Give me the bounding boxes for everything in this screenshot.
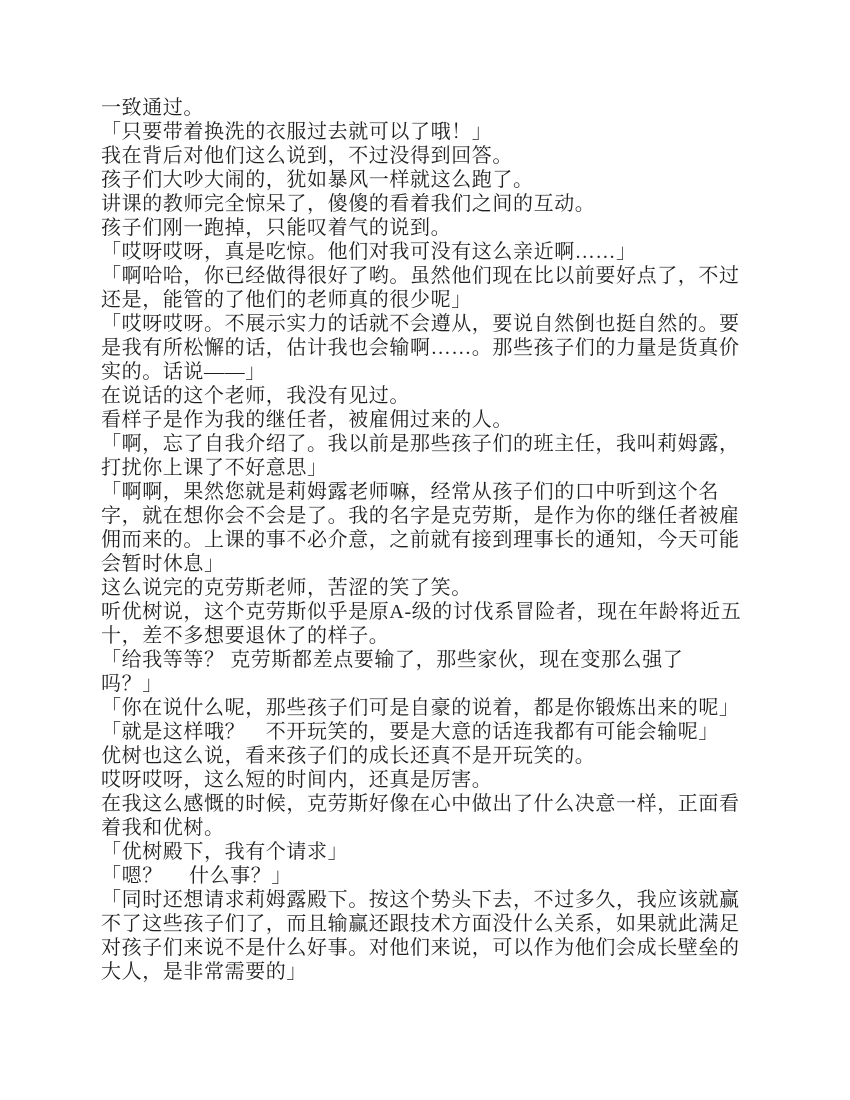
- body-text: 一致通过。「只要带着换洗的衣服过去就可以了哦！」我在背后对他们这么说到，不过没得…: [101, 96, 801, 984]
- text-line: 还是，能管的了他们的老师真的很少呢」: [101, 288, 801, 312]
- text-line: 孩子们大吵大闹的，犹如暴风一样就这么跑了。: [101, 168, 801, 192]
- document-page: 一致通过。「只要带着换洗的衣服过去就可以了哦！」我在背后对他们这么说到，不过没得…: [0, 0, 850, 1100]
- text-line: 我在背后对他们这么说到，不过没得到回答。: [101, 144, 801, 168]
- text-line: 「你在说什么呢，那些孩子们可是自豪的说着，都是你锻炼出来的呢」: [101, 696, 801, 720]
- text-line: 「给我等等？ 克劳斯都差点要输了，那些家伙，现在变那么强了: [101, 648, 801, 672]
- text-line: 这么说完的克劳斯老师，苦涩的笑了笑。: [101, 576, 801, 600]
- text-line: 着我和优树。: [101, 816, 801, 840]
- text-line: 看样子是作为我的继任者，被雇佣过来的人。: [101, 408, 801, 432]
- text-line: 讲课的教师完全惊呆了，傻傻的看着我们之间的互动。: [101, 192, 801, 216]
- text-line: 「优树殿下，我有个请求」: [101, 840, 801, 864]
- text-line: 大人，是非常需要的」: [101, 960, 801, 984]
- text-line: 一致通过。: [101, 96, 801, 120]
- text-line: 「同时还想请求莉姆露殿下。按这个势头下去，不过多久，我应该就赢: [101, 888, 801, 912]
- text-line: 「哎呀哎呀，真是吃惊。他们对我可没有这么亲近啊……」: [101, 240, 801, 264]
- text-line: 在我这么感慨的时候，克劳斯好像在心中做出了什么决意一样，正面看: [101, 792, 801, 816]
- text-line: 实的。话说——」: [101, 360, 801, 384]
- text-line: 「哎呀哎呀。不展示实力的话就不会遵从，要说自然倒也挺自然的。要: [101, 312, 801, 336]
- text-line: 听优树说，这个克劳斯似乎是原A-级的讨伐系冒险者，现在年龄将近五: [101, 600, 801, 624]
- text-line: 字，就在想你会不会是了。我的名字是克劳斯，是作为你的继任者被雇: [101, 504, 801, 528]
- text-line: 在说话的这个老师，我没有见过。: [101, 384, 801, 408]
- text-line: 吗？」: [101, 672, 801, 696]
- text-line: 佣而来的。上课的事不必介意，之前就有接到理事长的通知，今天可能: [101, 528, 801, 552]
- text-line: 「啊啊，果然您就是莉姆露老师嘛，经常从孩子们的口中听到这个名: [101, 480, 801, 504]
- text-line: 孩子们刚一跑掉，只能叹着气的说到。: [101, 216, 801, 240]
- text-line: 对孩子们来说不是什么好事。对他们来说，可以作为他们会成长壁垒的: [101, 936, 801, 960]
- text-line: 「啊哈哈，你已经做得很好了哟。虽然他们现在比以前要好点了，不过: [101, 264, 801, 288]
- text-line: 「啊，忘了自我介绍了。我以前是那些孩子们的班主任，我叫莉姆露，: [101, 432, 801, 456]
- text-line: 是我有所松懈的话，估计我也会输啊……。那些孩子们的力量是货真价: [101, 336, 801, 360]
- text-line: 不了这些孩子们了，而且输赢还跟技术方面没什么关系，如果就此满足: [101, 912, 801, 936]
- text-line: 「就是这样哦？ 不开玩笑的，要是大意的话连我都有可能会输呢」: [101, 720, 801, 744]
- text-line: 优树也这么说，看来孩子们的成长还真不是开玩笑的。: [101, 744, 801, 768]
- text-line: 「嗯？ 什么事？」: [101, 864, 801, 888]
- text-line: 「只要带着换洗的衣服过去就可以了哦！」: [101, 120, 801, 144]
- text-line: 打扰你上课了不好意思」: [101, 456, 801, 480]
- text-line: 会暂时休息」: [101, 552, 801, 576]
- text-line: 十，差不多想要退休了的样子。: [101, 624, 801, 648]
- text-line: 哎呀哎呀，这么短的时间内，还真是厉害。: [101, 768, 801, 792]
